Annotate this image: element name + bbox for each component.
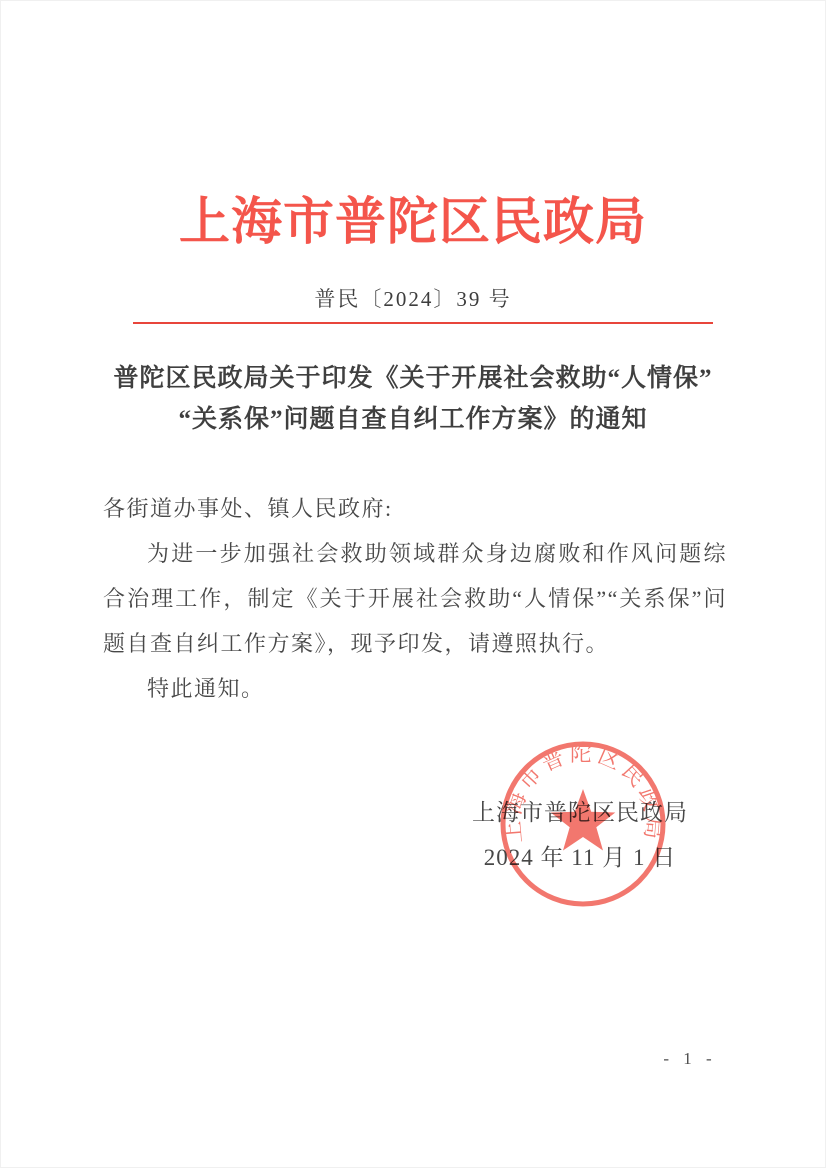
document-body: 各街道办事处、镇人民政府: 为进一步加强社会救助领域群众身边腐败和作风问题综合治…	[103, 486, 727, 711]
letterhead-org-title: 上海市普陀区民政局	[0, 180, 826, 254]
document-title: 普陀区民政局关于印发《关于开展社会救助“人情保” “关系保”问题自查自纠工作方案…	[63, 358, 763, 440]
letterhead-divider-line	[133, 322, 713, 324]
signature-org: 上海市普陀区民政局	[430, 790, 730, 835]
signature-block: 上海市普陀区民政局 2024 年 11 月 1 日	[430, 790, 730, 880]
signature-date: 2024 年 11 月 1 日	[430, 835, 730, 880]
document-title-line1: 普陀区民政局关于印发《关于开展社会救助“人情保”	[63, 358, 763, 399]
document-number: 普民〔2024〕39 号	[0, 283, 826, 313]
page-number: - 1 -	[650, 1049, 730, 1069]
document-page: 上海市普陀区民政局 普民〔2024〕39 号 普陀区民政局关于印发《关于开展社会…	[0, 0, 826, 1168]
closing-line: 特此通知。	[103, 666, 727, 711]
salutation: 各街道办事处、镇人民政府:	[103, 486, 727, 531]
body-paragraph: 为进一步加强社会救助领域群众身边腐败和作风问题综合治理工作，制定《关于开展社会救…	[103, 531, 727, 666]
document-title-line2: “关系保”问题自查自纠工作方案》的通知	[63, 399, 763, 440]
